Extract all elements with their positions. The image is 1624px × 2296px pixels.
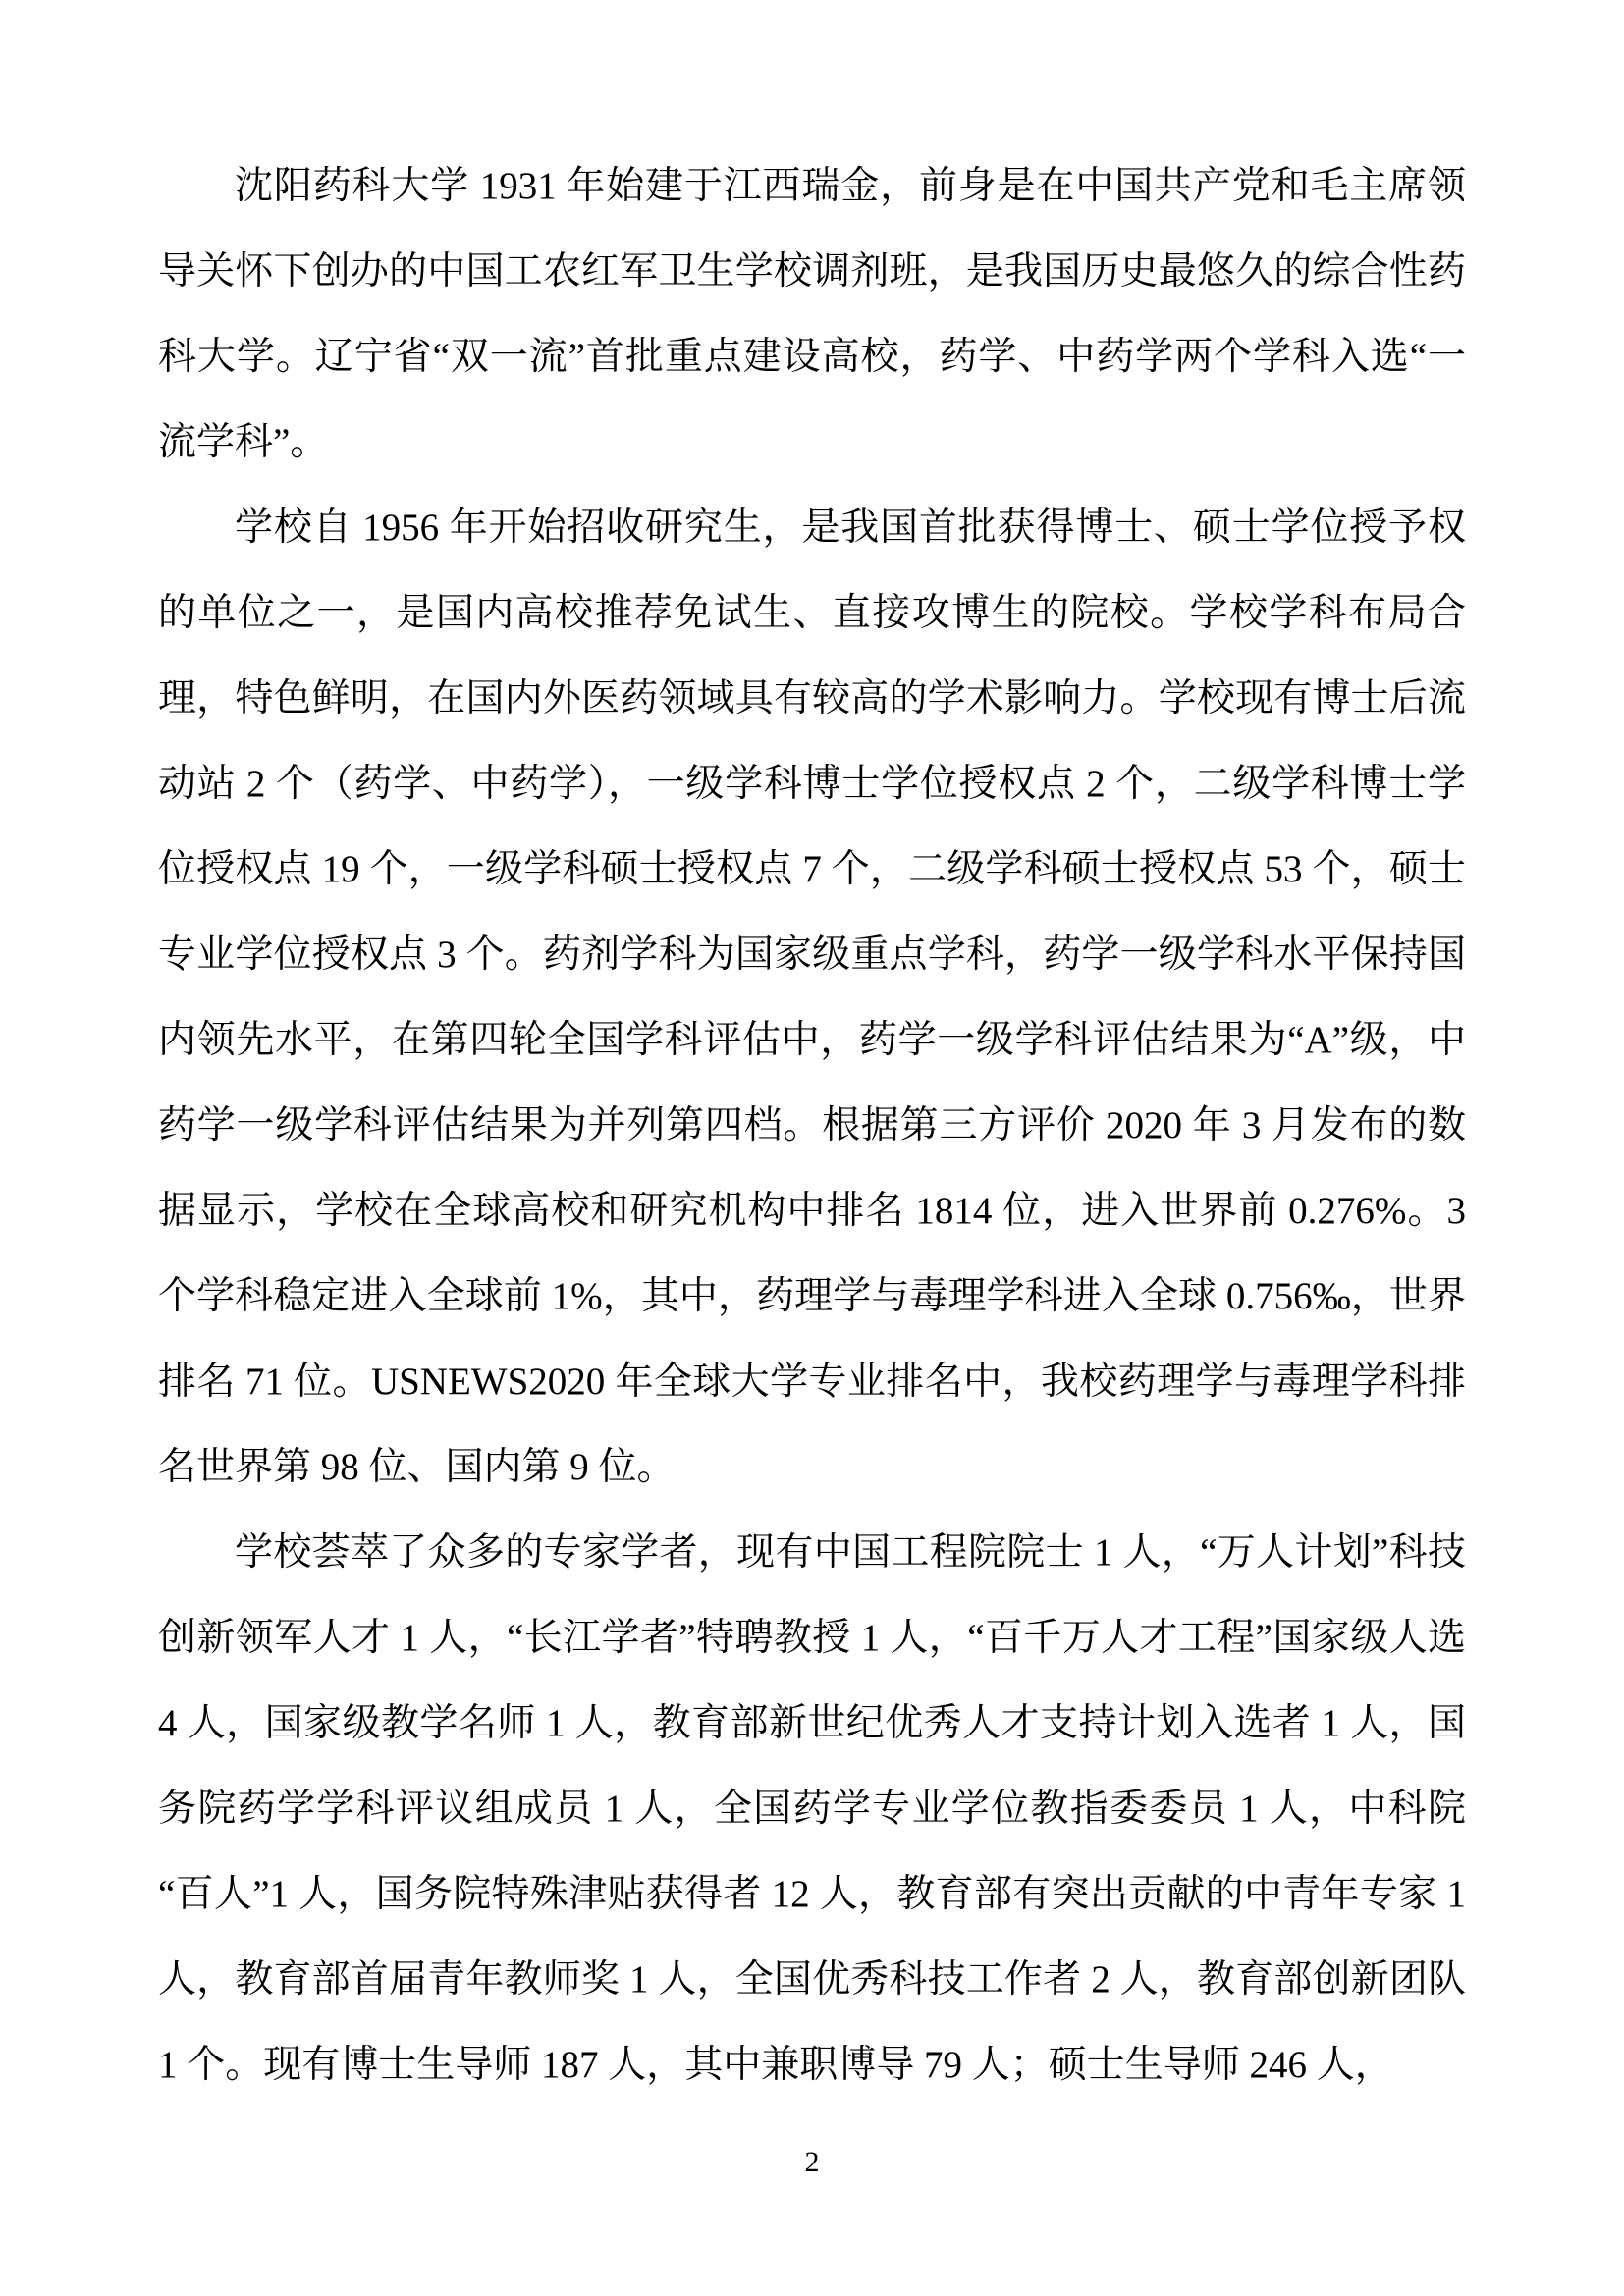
page-body: 沈阳药科大学 1931 年始建于江西瑞金，前身是在中国共产党和毛主席领导关怀下创… bbox=[158, 143, 1466, 2108]
paragraph-history: 沈阳药科大学 1931 年始建于江西瑞金，前身是在中国共产党和毛主席领导关怀下创… bbox=[158, 143, 1466, 485]
paragraph-graduate-education: 学校自 1956 年开始招收研究生，是我国首批获得博士、硕士学位授予权的单位之一… bbox=[158, 485, 1466, 1510]
paragraph-faculty-experts: 学校荟萃了众多的专家学者，现有中国工程院院士 1 人，“万人计划”科技创新领军人… bbox=[158, 1510, 1466, 2108]
page-number: 2 bbox=[0, 2145, 1624, 2180]
document-page: 沈阳药科大学 1931 年始建于江西瑞金，前身是在中国共产党和毛主席领导关怀下创… bbox=[0, 0, 1624, 2296]
